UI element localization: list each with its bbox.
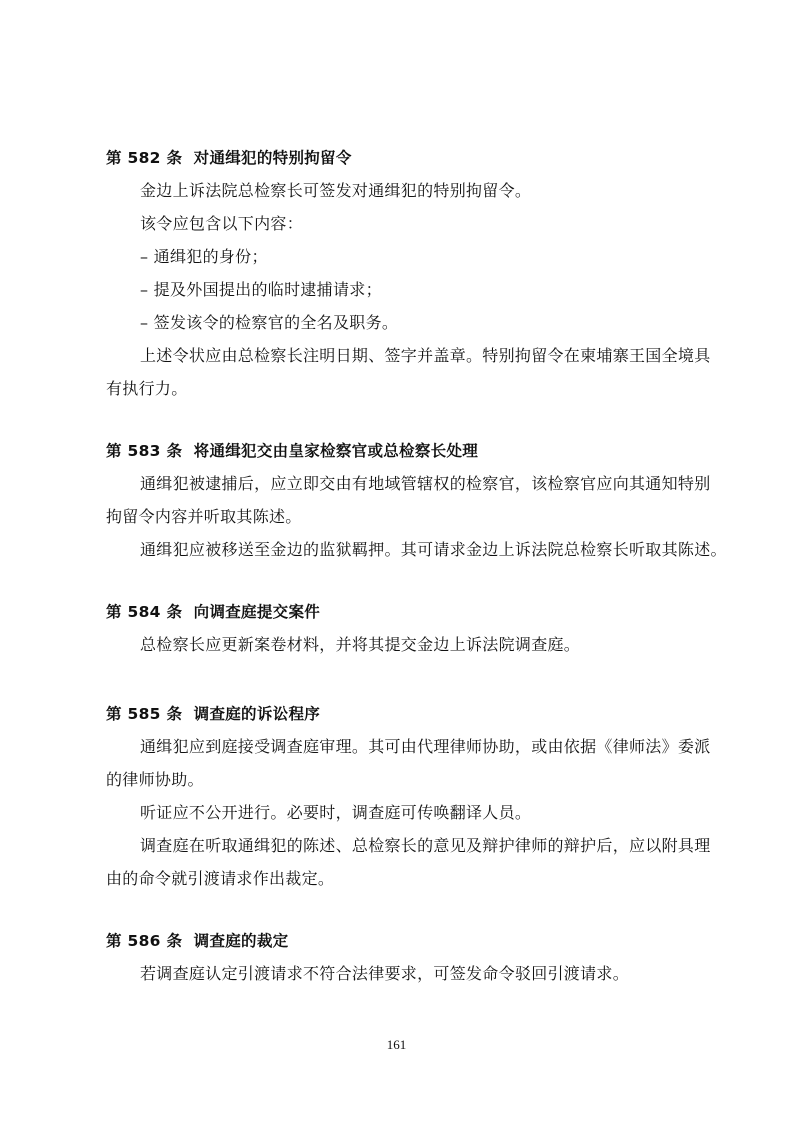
- list-item: – 签发该令的检察官的全名及职务。: [140, 313, 398, 333]
- article-583-heading: 第 583 条 将通缉犯交由皇家检察官或总检察长处理: [106, 441, 478, 461]
- article-586-heading: 第 586 条 调查庭的裁定: [106, 931, 288, 951]
- article-number: 第 582 条: [106, 149, 182, 167]
- article-585-heading: 第 585 条 调查庭的诉讼程序: [106, 704, 320, 724]
- article-title: 调查庭的裁定: [194, 932, 289, 950]
- list-item: – 通缉犯的身份；: [140, 247, 268, 267]
- paragraph-line: 听证应不公开进行。必要时，调查庭可传唤翻译人员。: [140, 803, 531, 823]
- paragraph-line: 总检察长应更新案卷材料，并将其提交金边上诉法院调查庭。: [140, 635, 580, 655]
- paragraph-line: 金边上诉法院总检察长可签发对通缉犯的特别拘留令。: [140, 181, 531, 201]
- article-title: 调查庭的诉讼程序: [194, 705, 320, 723]
- article-title: 对通缉犯的特别拘留令: [194, 149, 352, 167]
- paragraph-line: 该令应包含以下内容：: [140, 214, 303, 234]
- paragraph-line: 有执行力。: [106, 379, 188, 399]
- paragraph-line: 上述令状应由总检察长注明日期、签字并盖章。特别拘留令在柬埔寨王国全境具: [140, 346, 711, 366]
- paragraph-line: 通缉犯被逮捕后，应立即交由有地域管辖权的检察官，该检察官应向其通知特别: [140, 474, 711, 494]
- article-title: 向调查庭提交案件: [194, 603, 320, 621]
- page-number: 161: [0, 1037, 793, 1053]
- paragraph-line: 若调查庭认定引渡请求不符合法律要求，可签发命令驳回引渡请求。: [140, 964, 629, 984]
- list-item: – 提及外国提出的临时逮捕请求；: [140, 280, 382, 300]
- document-page: 第 582 条 对通缉犯的特别拘留令 金边上诉法院总检察长可签发对通缉犯的特别拘…: [0, 0, 793, 1122]
- article-title: 将通缉犯交由皇家检察官或总检察长处理: [194, 442, 478, 460]
- article-584-heading: 第 584 条 向调查庭提交案件: [106, 602, 320, 622]
- paragraph-line: 通缉犯应到庭接受调查庭审理。其可由代理律师协助，或由依据《律师法》委派: [140, 737, 711, 757]
- paragraph-line: 由的命令就引渡请求作出裁定。: [106, 869, 334, 889]
- paragraph-line: 拘留令内容并听取其陈述。: [106, 507, 302, 527]
- paragraph-line: 调查庭在听取通缉犯的陈述、总检察长的意见及辩护律师的辩护后，应以附具理: [140, 836, 711, 856]
- paragraph-line: 通缉犯应被移送至金边的监狱羁押。其可请求金边上诉法院总检察长听取其陈述。: [140, 540, 727, 560]
- article-582-heading: 第 582 条 对通缉犯的特别拘留令: [106, 148, 352, 168]
- article-number: 第 584 条: [106, 603, 182, 621]
- article-number: 第 586 条: [106, 932, 182, 950]
- article-number: 第 585 条: [106, 705, 182, 723]
- article-number: 第 583 条: [106, 442, 182, 460]
- paragraph-line: 的律师协助。: [106, 770, 204, 790]
